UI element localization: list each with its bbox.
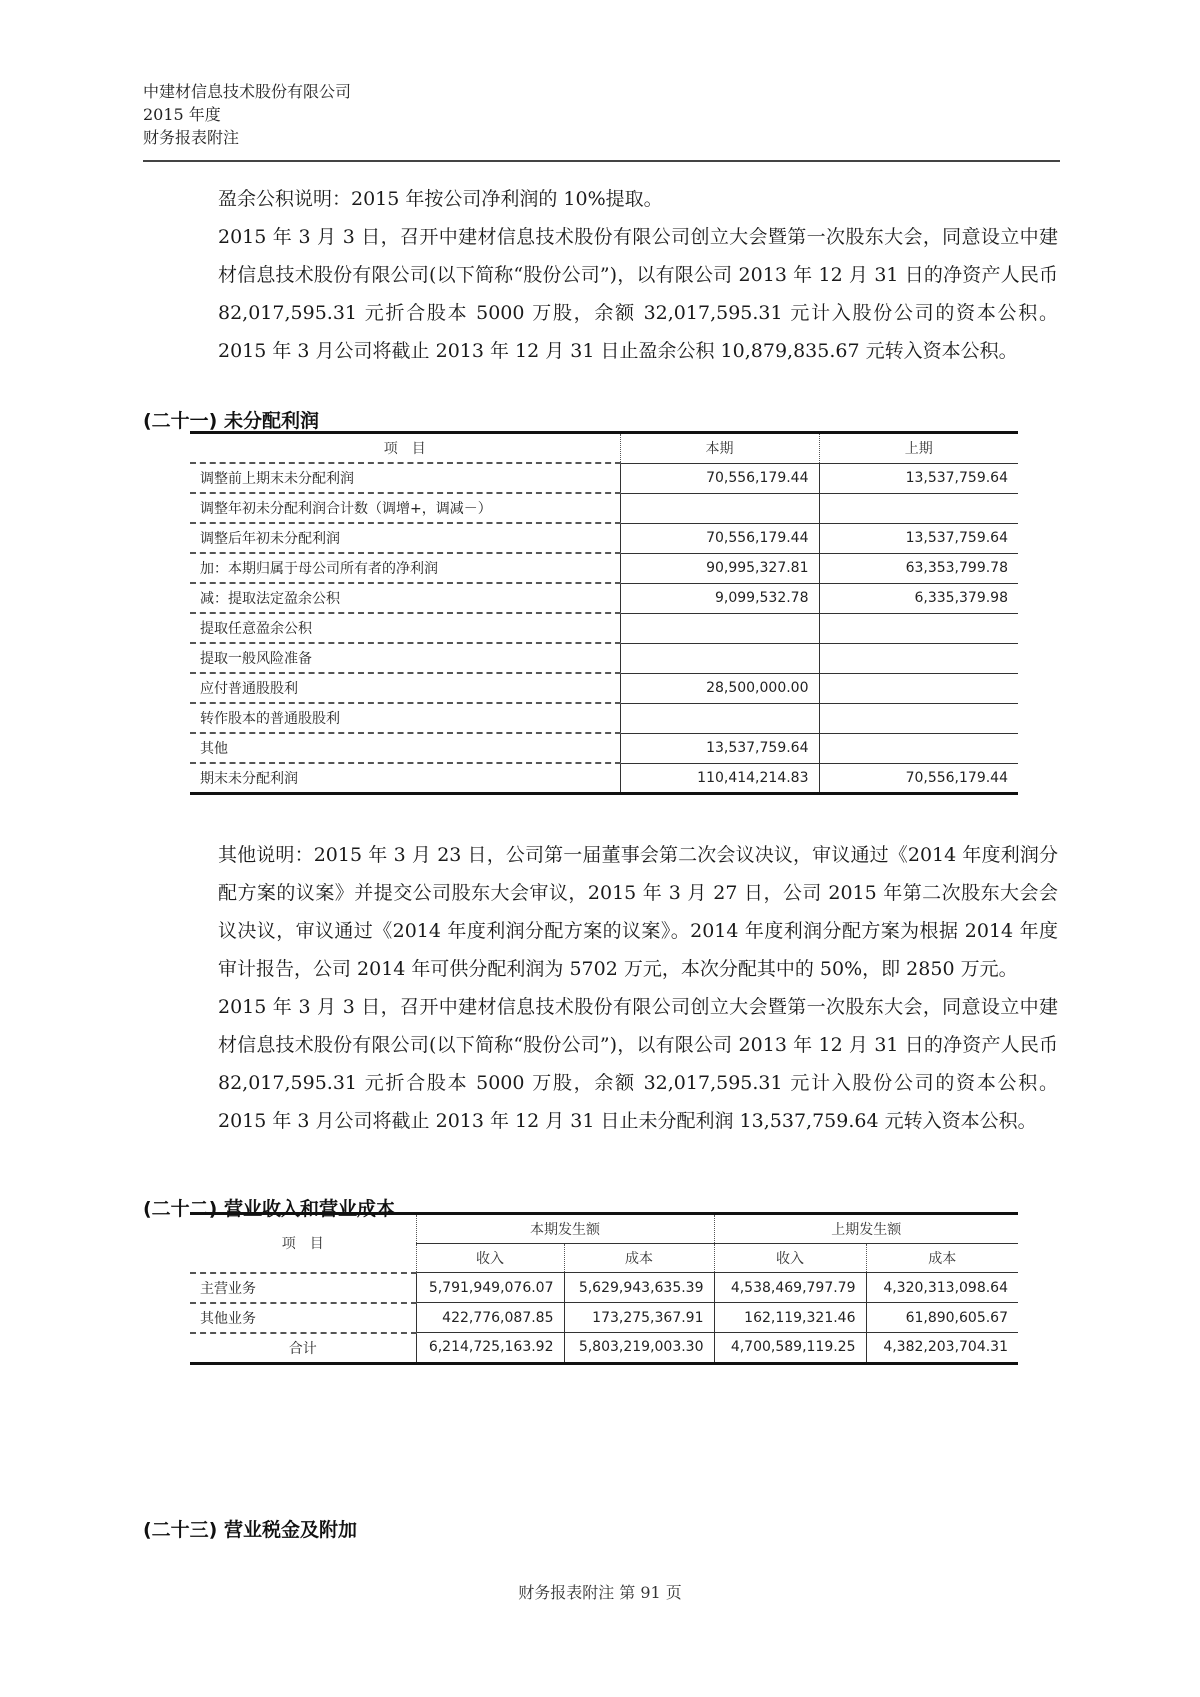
table-row: 提取一般风险准备 xyxy=(190,643,1018,673)
table-header-row: 项 目 本期 上期 xyxy=(190,433,1018,464)
table-row: 减：提取法定盈余公积9,099,532.786,335,379.98 xyxy=(190,583,1018,613)
table-group-header-row: 项 目 本期发生额 上期发生额 xyxy=(190,1214,1018,1244)
table-row: 其他13,537,759.64 xyxy=(190,733,1018,763)
section-21-title: (二十一) 未分配利润 xyxy=(143,406,319,433)
col-current-group: 本期发生额 xyxy=(416,1214,714,1244)
table-row: 调整年初未分配利润合计数（调增+，调减－） xyxy=(190,493,1018,523)
table-row: 应付普通股股利28,500,000.00 xyxy=(190,673,1018,703)
undistributed-profit-table: 项 目 本期 上期 调整前上期末未分配利润70,556,179.4413,537… xyxy=(190,431,1018,795)
company-name: 中建材信息技术股份有限公司 xyxy=(143,80,1060,103)
report-year: 2015 年度 xyxy=(143,103,1060,126)
col-current: 本期 xyxy=(620,433,819,464)
col-item: 项 目 xyxy=(190,433,620,464)
table-row-total: 期末未分配利润110,414,214.8370,556,179.44 xyxy=(190,763,1018,794)
col-current-revenue: 收入 xyxy=(416,1244,564,1273)
col-prior-revenue: 收入 xyxy=(714,1244,866,1273)
table-row: 提取任意盈余公积 xyxy=(190,613,1018,643)
page-header: 中建材信息技术股份有限公司 2015 年度 财务报表附注 xyxy=(143,80,1060,149)
dividend-note: 其他说明：2015 年 3 月 23 日，公司第一届董事会第二次会议决议，审议通… xyxy=(218,836,1058,988)
table-row-total: 合计 6,214,725,163.92 5,803,219,003.30 4,7… xyxy=(190,1333,1018,1364)
revenue-cost-table: 项 目 本期发生额 上期发生额 收入 成本 收入 成本 主营业务 5,791,9… xyxy=(190,1212,1018,1365)
table-row: 加：本期归属于母公司所有者的净利润90,995,327.8163,353,799… xyxy=(190,553,1018,583)
capital-reserve-note: 2015 年 3 月 3 日，召开中建材信息技术股份有限公司创立大会暨第一次股东… xyxy=(218,988,1058,1140)
col-item: 项 目 xyxy=(190,1214,416,1273)
page-footer: 财务报表附注 第 91 页 xyxy=(0,1580,1200,1603)
col-prior-group: 上期发生额 xyxy=(714,1214,1018,1244)
section-23-title: (二十三) 营业税金及附加 xyxy=(143,1515,357,1542)
col-prior: 上期 xyxy=(819,433,1018,464)
founding-note: 2015 年 3 月 3 日，召开中建材信息技术股份有限公司创立大会暨第一次股东… xyxy=(218,218,1058,370)
header-divider xyxy=(143,160,1060,162)
table-row: 主营业务 5,791,949,076.07 5,629,943,635.39 4… xyxy=(190,1273,1018,1303)
intro-text: 盈余公积说明：2015 年按公司净利润的 10%提取。 2015 年 3 月 3… xyxy=(218,180,1058,370)
table-row: 其他业务 422,776,087.85 173,275,367.91 162,1… xyxy=(190,1303,1018,1333)
doc-title: 财务报表附注 xyxy=(143,126,1060,149)
table-row: 转作股本的普通股股利 xyxy=(190,703,1018,733)
col-current-cost: 成本 xyxy=(564,1244,714,1273)
section-21-notes: 其他说明：2015 年 3 月 23 日，公司第一届董事会第二次会议决议，审议通… xyxy=(218,836,1058,1140)
surplus-note: 盈余公积说明：2015 年按公司净利润的 10%提取。 xyxy=(218,180,1058,218)
col-prior-cost: 成本 xyxy=(866,1244,1018,1273)
table-row: 调整前上期末未分配利润70,556,179.4413,537,759.64 xyxy=(190,463,1018,493)
table-row: 调整后年初未分配利润70,556,179.4413,537,759.64 xyxy=(190,523,1018,553)
